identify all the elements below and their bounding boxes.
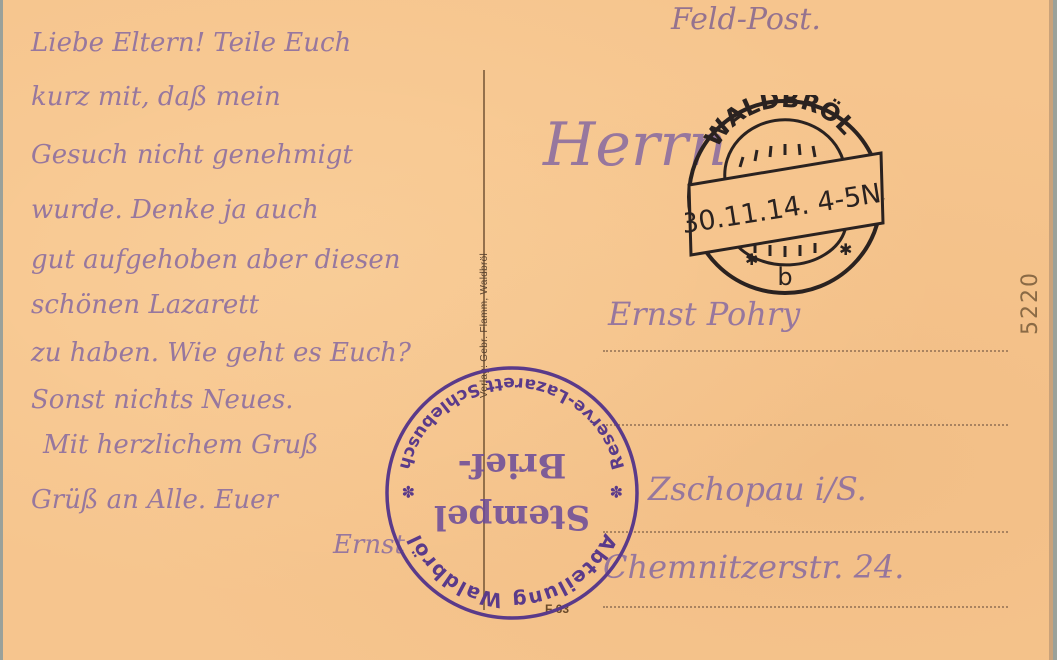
message-line: kurz mit, daß mein [31,82,281,112]
message-line: Sonst nichts Neues. [31,385,294,415]
message-line: Mit herzlichem Gruß [43,430,318,460]
hospital-stamp: Abteilung Waldbröl Reserve-Lazarett Schl… [381,362,643,624]
postcard-back: Liebe Eltern! Teile Euch kurz mit, daß m… [3,0,1053,660]
svg-text:✱: ✱ [839,240,852,259]
address-line [603,606,1008,608]
message-line: gut aufgehoben aber diesen [31,245,400,275]
message-line: Gesuch nicht genehmigt [31,140,353,170]
message-line: zu haben. Wie geht es Euch? [31,338,411,368]
address-city: Zschopau i/S. [648,470,867,508]
message-line: wurde. Denke ja auch [31,195,319,225]
svg-text:✽: ✽ [610,482,623,499]
reference-number: 5220 [1018,271,1043,335]
address-line [603,350,1008,352]
svg-text:Stempel: Stempel [434,497,590,537]
address-name: Ernst Pohry [608,295,800,333]
card-edge [1049,0,1053,660]
svg-text:✽: ✽ [402,482,415,499]
svg-text:Brief-: Brief- [458,445,567,485]
svg-text:✱: ✱ [745,250,758,269]
address-line [603,531,1008,533]
message-line: Liebe Eltern! Teile Euch [31,28,351,58]
address-street: Chemnitzerstr. 24. [603,548,904,586]
address-line [603,424,1008,426]
feldpost-note: Feld-Post. [671,2,821,37]
postmark-stamp: WALDBRÖL 30.11.14. 4-5N. ✱ ✱ b [685,95,885,300]
postmark-letter: b [777,263,792,291]
svg-text:Abteilung Waldbröl: Abteilung Waldbröl [402,530,622,613]
message-line: Grüß an Alle. Euer [31,485,278,515]
message-line: schönen Lazarett [31,290,259,320]
